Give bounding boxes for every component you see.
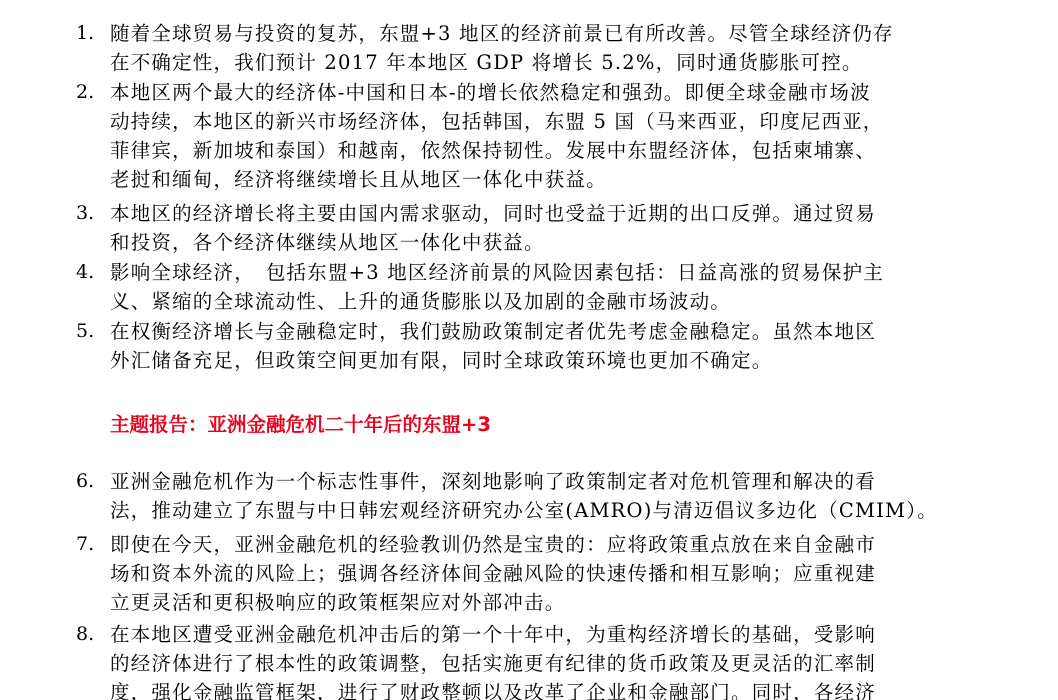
paragraph-line: 在本地区遭受亚洲金融危机冲击后的第一个十年中，为重构经济增长的基础，受影响: [110, 620, 876, 649]
paragraph-line: 本地区两个最大的经济体-中国和日本-的增长依然稳定和强劲。即便全球金融市场波: [110, 78, 871, 107]
section-heading: 主题报告：亚洲金融危机二十年后的东盟+3: [110, 410, 491, 439]
paragraph-line: 在不确定性，我们预计 2017 年本地区 GDP 将增长 5.2%，同时通货膨胀…: [110, 48, 863, 77]
paragraph-line: 的经济体进行了根本性的政策调整，包括实施更有纪律的货币政策及更灵活的汇率制: [110, 649, 876, 678]
paragraph-line: 义、紧缩的全球流动性、上升的通货膨胀以及加剧的金融市场波动。: [110, 287, 731, 316]
paragraph-line: 场和资本外流的风险上；强调各经济体间金融风险的快速传播和相互影响；应重视建: [110, 559, 876, 588]
paragraph-line: 老挝和缅甸，经济将继续增长且从地区一体化中获益。: [110, 165, 607, 194]
paragraph-line: 在权衡经济增长与金融稳定时，我们鼓励政策制定者优先考虑金融稳定。虽然本地区: [110, 317, 876, 346]
paragraph-line: 即使在今天，亚洲金融危机的经验教训仍然是宝贵的：应将政策重点放在来自金融市: [110, 530, 876, 559]
paragraph-line: 法，推动建立了东盟与中日韩宏观经济研究办公室(AMRO)与清迈倡议多边化（CMI…: [110, 496, 938, 525]
document-page: 1. 随着全球贸易与投资的复苏，东盟+3 地区的经济前景已有所改善。尽管全球经济…: [0, 0, 1058, 700]
paragraph-line: 度，强化金融监管框架，进行了财政整顿以及改革了企业和金融部门。同时，各经济: [110, 678, 876, 700]
paragraph-line: 和投资，各个经济体继续从地区一体化中获益。: [110, 228, 545, 257]
paragraph-line: 菲律宾，新加坡和泰国）和越南，依然保持韧性。发展中东盟经济体，包括柬埔寨、: [110, 136, 876, 165]
paragraph-line: 亚洲金融危机作为一个标志性事件，深刻地影响了政策制定者对危机管理和解决的看: [110, 467, 876, 496]
paragraph-line: 影响全球经济， 包括东盟+3 地区经济前景的风险因素包括：日益高涨的贸易保护主: [110, 258, 884, 287]
paragraph-line: 动持续，本地区的新兴市场经济体，包括韩国，东盟 5 国（马来西亚，印度尼西亚，: [110, 107, 884, 136]
paragraph-line: 外汇储备充足，但政策空间更加有限，同时全球政策环境也更加不确定。: [110, 346, 772, 375]
paragraph-line: 立更灵活和更积极响应的政策框架应对外部冲击。: [110, 588, 565, 617]
paragraph-line: 随着全球贸易与投资的复苏，东盟+3 地区的经济前景已有所改善。尽管全球经济仍存: [110, 19, 894, 48]
paragraph-line: 本地区的经济增长将主要由国内需求驱动，同时也受益于近期的出口反弹。通过贸易: [110, 199, 876, 228]
